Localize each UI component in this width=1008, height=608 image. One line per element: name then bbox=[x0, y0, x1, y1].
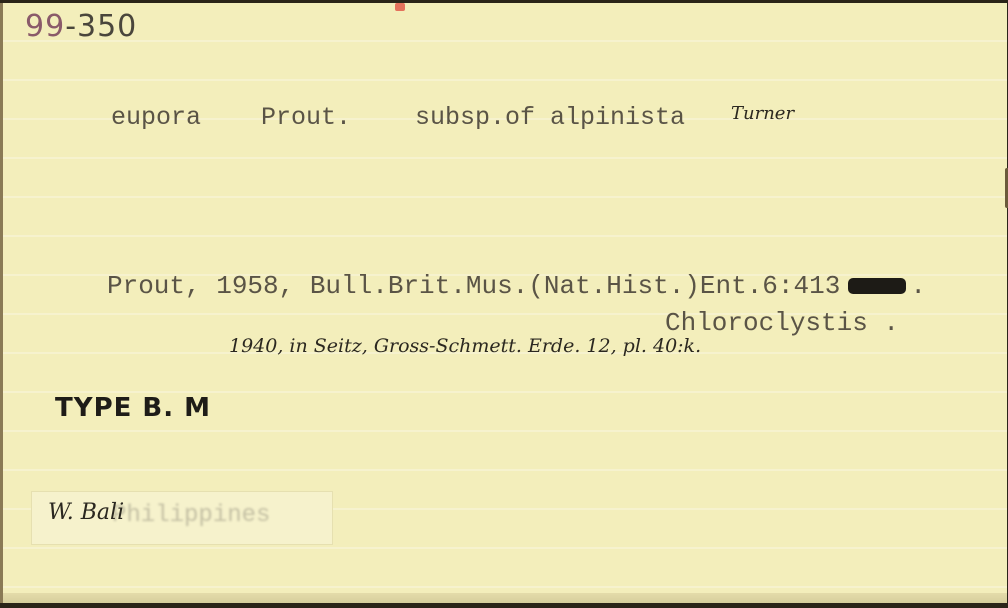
citation-text: Prout, 1958, Bull.Brit.Mus.(Nat.Hist.)En… bbox=[107, 271, 840, 301]
type-stamp: TYPE B. M bbox=[55, 393, 211, 423]
redacted-text bbox=[848, 278, 906, 294]
citation-line: Prout, 1958, Bull.Brit.Mus.(Nat.Hist.)En… bbox=[107, 271, 926, 301]
locality-typed-faded: Philippines bbox=[112, 502, 270, 529]
catalog-number-prefix: 99 bbox=[25, 9, 65, 44]
taxon-status: subsp.of alpinista bbox=[415, 103, 685, 132]
taxon-name: eupora bbox=[111, 103, 201, 132]
red-tab-marker bbox=[395, 3, 405, 11]
author-annotation: Turner bbox=[731, 103, 794, 124]
locality-label: Philippines W. Bali bbox=[31, 491, 333, 545]
genus-name: Chloroclystis . bbox=[665, 308, 899, 338]
catalog-number-suffix: -350 bbox=[65, 9, 137, 44]
index-card: 99-350 eupora Prout. subsp.of alpinista … bbox=[0, 3, 1007, 603]
taxon-author: Prout. bbox=[261, 103, 351, 132]
catalog-number: 99-350 bbox=[25, 9, 137, 44]
handwritten-reference: 1940, in Seitz, Gross-Schmett. Erde. 12,… bbox=[229, 335, 701, 357]
locality-handwritten: W. Bali bbox=[48, 500, 124, 525]
